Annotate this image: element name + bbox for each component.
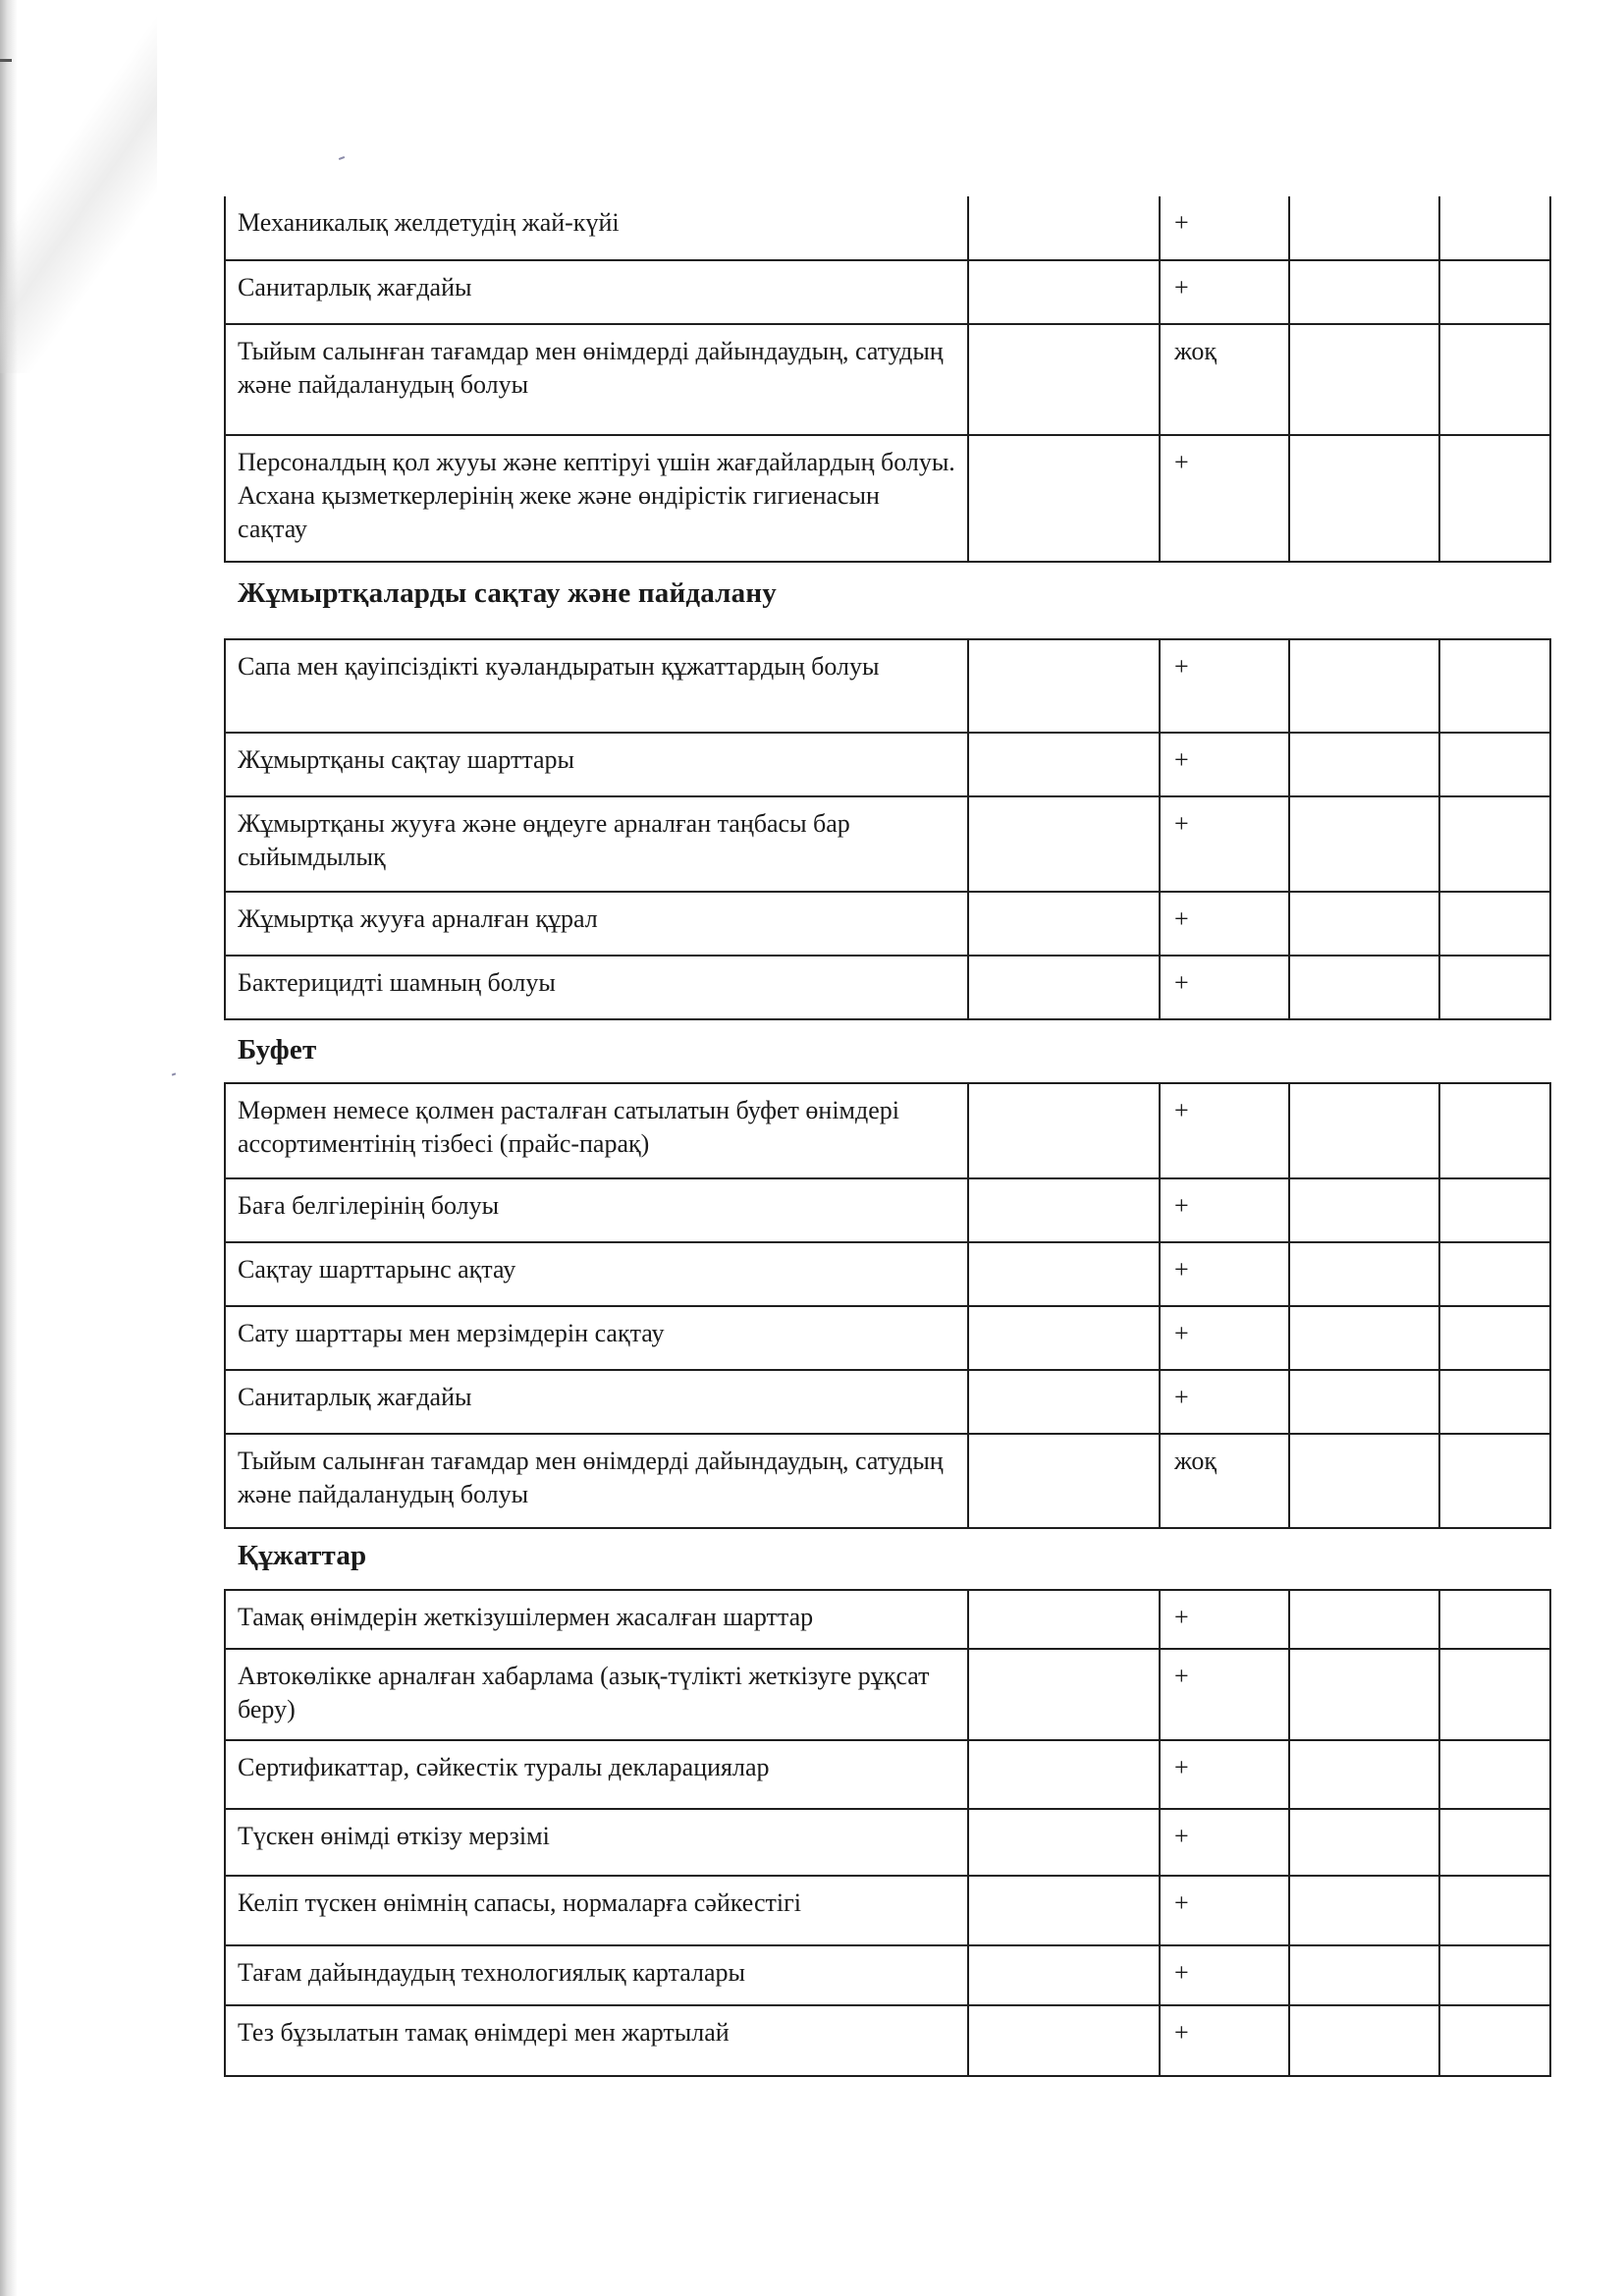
section-heading-documents: Құжаттар [238,1540,366,1572]
empty-cell [1439,260,1550,324]
item-mark: + [1160,1370,1289,1434]
scan-speck [339,156,345,160]
empty-cell [1439,733,1550,796]
item-mark: + [1160,2005,1289,2076]
scan-speck [172,1072,176,1075]
empty-cell [1439,2005,1550,2076]
section-heading-buffet: Буфет [238,1034,316,1066]
item-mark: + [1160,435,1289,562]
checklist-table-buffet: Мөрмен немесе қолмен расталған сатылатын… [224,1082,1551,1529]
table-row: Жұмыртқаны сақтау шарттары + [225,733,1550,796]
empty-cell [968,324,1160,435]
table-row: Жұмыртқа жууға арналған құрал + [225,892,1550,956]
table-row: Келіп түскен өнімнің сапасы, нормаларға … [225,1876,1550,1945]
empty-cell [1289,1649,1439,1740]
empty-cell [1289,1370,1439,1434]
table-row: Мөрмен немесе қолмен расталған сатылатын… [225,1083,1550,1178]
table-row: Тыйым салынған тағамдар мен өнімдерді да… [225,1434,1550,1528]
scan-fold-artifact [0,0,157,373]
item-mark: + [1160,1242,1289,1306]
empty-cell [968,196,1160,260]
empty-cell [968,1083,1160,1178]
item-description: Жұмыртқаны жууға және өңдеуге арналған т… [225,796,968,892]
checklist-table-eggs: Сапа мен қауіпсіздікті куәландыратын құж… [224,638,1551,1020]
item-mark: + [1160,1740,1289,1809]
empty-cell [968,892,1160,956]
table-row: Автокөлікке арналған хабарлама (азық-түл… [225,1649,1550,1740]
empty-cell [1439,1876,1550,1945]
item-description: Санитарлық жағдайы [225,1370,968,1434]
empty-cell [1439,956,1550,1019]
empty-cell [968,956,1160,1019]
empty-cell [968,1434,1160,1528]
item-description: Бактерицидті шамның болуы [225,956,968,1019]
empty-cell [1289,1740,1439,1809]
empty-cell [1439,1809,1550,1876]
table-row: Тыйым салынған тағамдар мен өнімдерді да… [225,324,1550,435]
empty-cell [968,1809,1160,1876]
item-mark: + [1160,196,1289,260]
empty-cell [968,1370,1160,1434]
item-mark: + [1160,1590,1289,1649]
item-description: Сату шарттары мен мерзімдерін сақтау [225,1306,968,1370]
item-mark: + [1160,1945,1289,2005]
empty-cell [968,1242,1160,1306]
item-description: Автокөлікке арналған хабарлама (азық-түл… [225,1649,968,1740]
item-mark: жоқ [1160,1434,1289,1528]
item-description: Түскен өнімді өткізу мерзімі [225,1809,968,1876]
item-description: Жұмыртқаны сақтау шарттары [225,733,968,796]
item-mark: + [1160,1649,1289,1740]
empty-cell [1439,1242,1550,1306]
item-mark: + [1160,892,1289,956]
item-mark: + [1160,260,1289,324]
table-row: Сақтау шарттарынс ақтау + [225,1242,1550,1306]
item-mark: + [1160,1809,1289,1876]
empty-cell [968,796,1160,892]
item-mark: + [1160,639,1289,733]
item-description: Сапа мен қауіпсіздікті куәландыратын құж… [225,639,968,733]
empty-cell [1439,324,1550,435]
empty-cell [1289,796,1439,892]
empty-cell [1289,733,1439,796]
item-description: Тағам дайындаудың технологиялық карталар… [225,1945,968,2005]
item-description: Тыйым салынған тағамдар мен өнімдерді да… [225,324,968,435]
item-mark: + [1160,1178,1289,1242]
empty-cell [968,1178,1160,1242]
item-description: Баға белгілерінің болуы [225,1178,968,1242]
empty-cell [1439,435,1550,562]
item-description: Мөрмен немесе қолмен расталған сатылатын… [225,1083,968,1178]
item-description: Сақтау шарттарынс ақтау [225,1242,968,1306]
empty-cell [1439,1178,1550,1242]
item-mark: жоқ [1160,324,1289,435]
item-description: Механикалық желдетудің жай-күйі [225,196,968,260]
empty-cell [1439,1740,1550,1809]
table-row: Сертификаттар, сәйкестік туралы декларац… [225,1740,1550,1809]
checklist-table-documents: Тамақ өнімдерін жеткізушілермен жасалған… [224,1589,1551,2077]
item-description: Сертификаттар, сәйкестік туралы декларац… [225,1740,968,1809]
empty-cell [968,2005,1160,2076]
item-mark: + [1160,1306,1289,1370]
empty-cell [968,1590,1160,1649]
empty-cell [968,733,1160,796]
empty-cell [1439,1370,1550,1434]
item-mark: + [1160,956,1289,1019]
table-row: Жұмыртқаны жууға және өңдеуге арналған т… [225,796,1550,892]
empty-cell [1289,1306,1439,1370]
empty-cell [1439,1649,1550,1740]
table-row: Тез бұзылатын тамақ өнімдері мен жартыла… [225,2005,1550,2076]
item-description: Келіп түскен өнімнің сапасы, нормаларға … [225,1876,968,1945]
item-mark: + [1160,796,1289,892]
empty-cell [1289,1434,1439,1528]
empty-cell [1289,2005,1439,2076]
empty-cell [968,639,1160,733]
empty-cell [1289,1876,1439,1945]
table-row: Персоналдың қол жууы және кептіруі үшін … [225,435,1550,562]
table-row: Тамақ өнімдерін жеткізушілермен жасалған… [225,1590,1550,1649]
item-mark: + [1160,733,1289,796]
empty-cell [1439,1434,1550,1528]
empty-cell [968,435,1160,562]
empty-cell [968,1649,1160,1740]
empty-cell [1289,892,1439,956]
empty-cell [1289,260,1439,324]
table-row: Сату шарттары мен мерзімдерін сақтау + [225,1306,1550,1370]
item-mark: + [1160,1083,1289,1178]
empty-cell [1439,1945,1550,2005]
section-heading-eggs: Жұмыртқаларды сақтау және пайдалану [238,577,777,610]
table-row: Түскен өнімді өткізу мерзімі + [225,1809,1550,1876]
scan-mark [0,59,12,62]
table-row: Бактерицидті шамның болуы + [225,956,1550,1019]
table-row: Санитарлық жағдайы + [225,260,1550,324]
empty-cell [1439,196,1550,260]
item-description: Тез бұзылатын тамақ өнімдері мен жартыла… [225,2005,968,2076]
empty-cell [1439,639,1550,733]
empty-cell [1289,1242,1439,1306]
item-description: Тыйым салынған тағамдар мен өнімдерді да… [225,1434,968,1528]
checklist-table-general: Механикалық желдетудің жай-күйі + Санита… [224,196,1551,563]
empty-cell [1439,1590,1550,1649]
item-description: Жұмыртқа жууға арналған құрал [225,892,968,956]
table-row: Баға белгілерінің болуы + [225,1178,1550,1242]
empty-cell [1289,956,1439,1019]
empty-cell [1289,1178,1439,1242]
empty-cell [1289,1590,1439,1649]
item-description: Персоналдың қол жууы және кептіруі үшін … [225,435,968,562]
empty-cell [1289,1809,1439,1876]
empty-cell [968,1876,1160,1945]
item-description: Тамақ өнімдерін жеткізушілермен жасалған… [225,1590,968,1649]
table-row: Сапа мен қауіпсіздікті куәландыратын құж… [225,639,1550,733]
empty-cell [1439,1083,1550,1178]
empty-cell [1289,1083,1439,1178]
empty-cell [968,1945,1160,2005]
item-description: Санитарлық жағдайы [225,260,968,324]
empty-cell [1439,1306,1550,1370]
empty-cell [968,260,1160,324]
empty-cell [1439,796,1550,892]
item-mark: + [1160,1876,1289,1945]
empty-cell [1289,435,1439,562]
empty-cell [968,1740,1160,1809]
table-row: Санитарлық жағдайы + [225,1370,1550,1434]
empty-cell [1289,1945,1439,2005]
empty-cell [1289,196,1439,260]
table-row: Механикалық желдетудің жай-күйі + [225,196,1550,260]
empty-cell [1289,639,1439,733]
empty-cell [1439,892,1550,956]
empty-cell [968,1306,1160,1370]
table-row: Тағам дайындаудың технологиялық карталар… [225,1945,1550,2005]
empty-cell [1289,324,1439,435]
